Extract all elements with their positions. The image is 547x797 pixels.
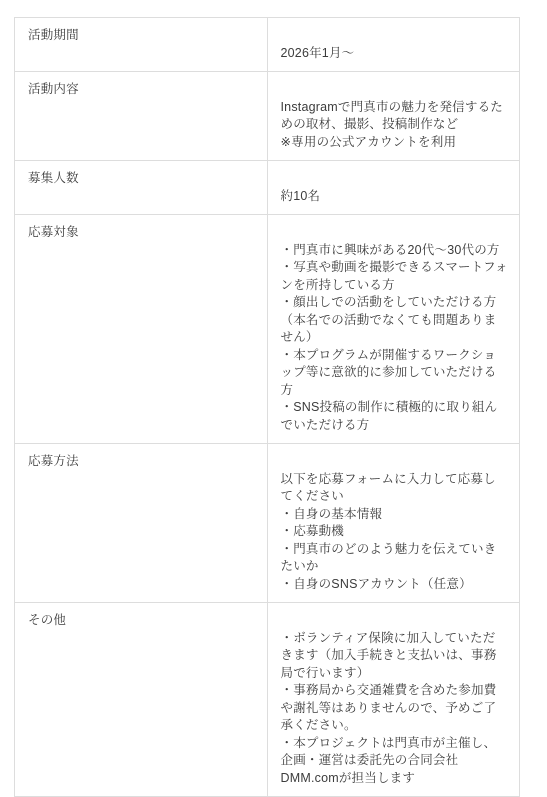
row-label: 応募対象	[28, 225, 79, 239]
recruitment-info-table-container: 活動期間 2026年1月〜 活動内容 Instagramで門真市の魅力を発信する…	[14, 17, 520, 797]
row-value: Instagramで門真市の魅力を発信するための取材、撮影、投稿制作など ※専用…	[281, 100, 503, 149]
row-label-cell: 募集人数	[15, 161, 268, 215]
row-label: その他	[28, 613, 66, 627]
row-label: 活動内容	[28, 82, 79, 96]
row-label-cell: 応募方法	[15, 444, 268, 603]
row-value-cell: ・ボランティア保険に加入していただきます（加入手続きと支払いは、事務局で行います…	[267, 603, 520, 797]
table-row: 活動内容 Instagramで門真市の魅力を発信するための取材、撮影、投稿制作な…	[15, 72, 520, 161]
row-value: ・ボランティア保険に加入していただきます（加入手続きと支払いは、事務局で行います…	[281, 631, 497, 785]
row-label-cell: 活動期間	[15, 18, 268, 72]
table-row: 募集人数 約10名	[15, 161, 520, 215]
row-value-cell: Instagramで門真市の魅力を発信するための取材、撮影、投稿制作など ※専用…	[267, 72, 520, 161]
row-label-cell: 活動内容	[15, 72, 268, 161]
table-row: その他 ・ボランティア保険に加入していただきます（加入手続きと支払いは、事務局で…	[15, 603, 520, 797]
row-value: 約10名	[281, 189, 321, 203]
row-value: ・門真市に興味がある20代〜30代の方 ・写真や動画を撮影できるスマートフォンを…	[281, 243, 508, 432]
recruitment-info-table: 活動期間 2026年1月〜 活動内容 Instagramで門真市の魅力を発信する…	[14, 17, 520, 797]
row-value: 2026年1月〜	[281, 46, 355, 60]
info-table-body: 活動期間 2026年1月〜 活動内容 Instagramで門真市の魅力を発信する…	[15, 18, 520, 797]
row-label: 活動期間	[28, 28, 79, 42]
row-value-cell: 約10名	[267, 161, 520, 215]
row-value: 以下を応募フォームに入力して応募してください ・自身の基本情報 ・応募動機 ・門…	[281, 472, 497, 591]
table-row: 応募対象 ・門真市に興味がある20代〜30代の方 ・写真や動画を撮影できるスマー…	[15, 215, 520, 444]
row-label: 応募方法	[28, 454, 79, 468]
row-value-cell: ・門真市に興味がある20代〜30代の方 ・写真や動画を撮影できるスマートフォンを…	[267, 215, 520, 444]
table-row: 応募方法 以下を応募フォームに入力して応募してください ・自身の基本情報 ・応募…	[15, 444, 520, 603]
row-value-cell: 2026年1月〜	[267, 18, 520, 72]
table-row: 活動期間 2026年1月〜	[15, 18, 520, 72]
row-label: 募集人数	[28, 171, 79, 185]
row-value-cell: 以下を応募フォームに入力して応募してください ・自身の基本情報 ・応募動機 ・門…	[267, 444, 520, 603]
row-label-cell: 応募対象	[15, 215, 268, 444]
row-label-cell: その他	[15, 603, 268, 797]
